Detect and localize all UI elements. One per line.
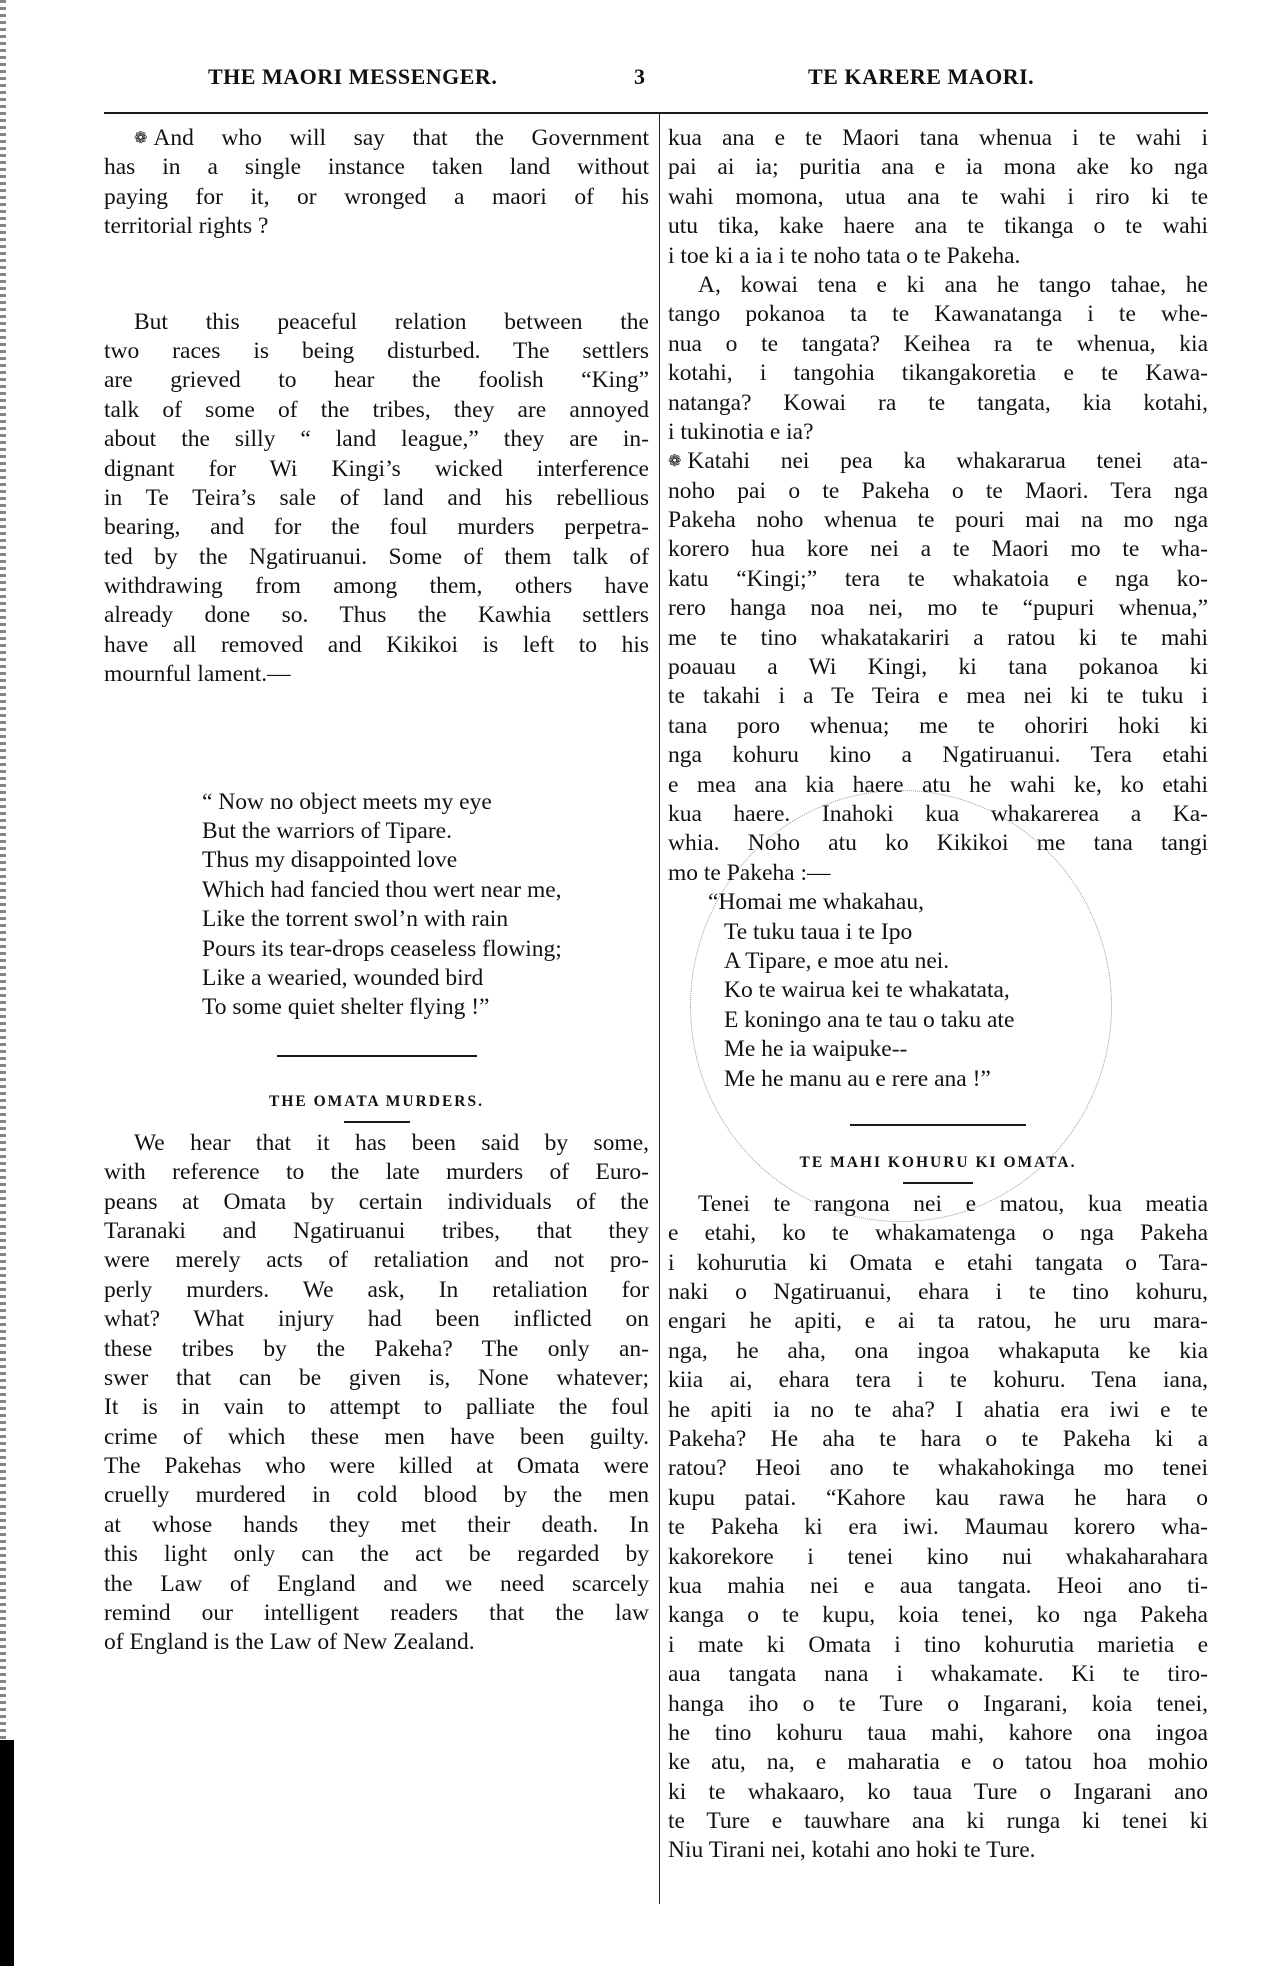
verse-line: But the warriors of Tipare. (202, 817, 649, 846)
column-divider (659, 114, 660, 1904)
text-line: dignant for Wi Kingi’s wicked interferen… (104, 455, 649, 484)
text-line: kua mahia nei e aua tangata. Heoi ano ti… (668, 1572, 1208, 1601)
masthead-maori-title: TE KARERE MAORI. (808, 64, 1034, 90)
verse-lament-maori: “Homai me whakahau, Te tuku taua i te Ip… (668, 888, 1208, 1094)
masthead-english-title: THE MAORI MESSENGER. (208, 64, 497, 90)
text-line: katu “Kingi;” tera te whakatoia e nga ko… (668, 565, 1208, 594)
text-line: kanga o te kupu, koia tenei, ko nga Pake… (668, 1601, 1208, 1630)
text-line: tana poro whenua; me te ohoriri hoki ki (668, 712, 1208, 741)
text-line: in Te Teira’s sale of land and his rebel… (104, 484, 649, 513)
text-line: these tribes by the Pakeha? The only an- (104, 1335, 649, 1364)
verse-line: To some quiet shelter flying !” (202, 993, 649, 1022)
text-line: poauau a Wi Kingi, ki tana pokanoa ki (668, 653, 1208, 682)
verse-line: Pours its tear-drops ceaseless flowing; (202, 935, 649, 964)
text-line: mo te Pakeha :— (668, 859, 1208, 888)
verse-lament-english: “ Now no object meets my eye But the war… (104, 788, 649, 1023)
verse-line: E koningo ana te tau o taku ate (708, 1006, 1208, 1035)
text-line: bearing, and for the foul murders perpet… (104, 513, 649, 542)
masthead: THE MAORI MESSENGER. 3 TE KARERE MAORI. (0, 64, 1280, 104)
text-line: ❁And who will say that the Government (104, 124, 649, 153)
text-line: he tino kohuru taua mahi, kahore ona ing… (668, 1719, 1208, 1748)
asterism-ornament-icon: ❁ (134, 130, 147, 147)
text-line: swer that can be given is, None whatever… (104, 1364, 649, 1393)
text-line: e etahi, ko te whakamatenga o nga Pakeha (668, 1219, 1208, 1248)
text-line: kupu patai. “Kahore kau rawa he hara o (668, 1484, 1208, 1513)
text-line: te takahi i a Te Teira e mea nei ki te t… (668, 682, 1208, 711)
text-line: te Ture e tauwhare ana ki runga ki tenei… (668, 1807, 1208, 1836)
text-line: ki te whakaaro, ko taua Ture o Ingarani … (668, 1778, 1208, 1807)
paragraph-peaceful-relation: But this peaceful relation between the t… (104, 308, 649, 690)
verse-line: Like the torrent swol’n with rain (202, 905, 649, 934)
text-line: at whose hands they met their death. In (104, 1511, 649, 1540)
paragraph-tenei-te-rangona: Tenei te rangona nei e matou, kua meatia… (668, 1190, 1208, 1866)
text-line: It is in vain to attempt to palliate the… (104, 1393, 649, 1422)
text-line: hanga iho o te Ture o Ingarani, koia ten… (668, 1690, 1208, 1719)
text-line: A, kowai tena e ki ana he tango tahae, h… (668, 271, 1208, 300)
text-line: me te tino whakatakariri a ratou ki te m… (668, 624, 1208, 653)
text-line: kua haere. Inahoki kua whakarerea a Ka- (668, 800, 1208, 829)
text-line: te Pakeha ki era iwi. Maumau korero wha- (668, 1513, 1208, 1542)
section-heading-omata-murders: THE OMATA MURDERS. (104, 1087, 649, 1117)
paragraph-omata-murders: We hear that it has been said by some, w… (104, 1129, 649, 1658)
text-line: i toe ki a ia i te noho tata o te Pakeha… (668, 242, 1208, 271)
text-line: talk of some of the tribes, they are ann… (104, 396, 649, 425)
scan-binding-shadow (0, 1740, 14, 1966)
text-line: this light only can the act be regarded … (104, 1540, 649, 1569)
text-line: whia. Noho atu ko Kikikoi me tana tangi (668, 829, 1208, 858)
page-number: 3 (634, 64, 646, 90)
text-line: the Law of England and we need scarcely (104, 1570, 649, 1599)
text-line: kiia ai, ehara tera i te kohuru. Tena ia… (668, 1366, 1208, 1395)
text-line: korero hua kore nei a te Maori mo te wha… (668, 535, 1208, 564)
text-line: ❁Katahi nei pea ka whakararua tenei ata- (668, 447, 1208, 476)
text-line: two races is being disturbed. The settle… (104, 337, 649, 366)
paragraph-whenua: kua ana e te Maori tana whenua i te wahi… (668, 124, 1208, 271)
asterism-ornament-icon: ❁ (668, 453, 681, 470)
verse-line: Which had fancied thou wert near me, (202, 876, 649, 905)
verse-line: Thus my disappointed love (202, 846, 649, 875)
text-line: rero hanga noa nei, mo te “pupuri whenua… (668, 594, 1208, 623)
text-line: Taranaki and Ngatiruanui tribes, that th… (104, 1217, 649, 1246)
text-line: ke atu, na, e maharatia e o tatou hoa mo… (668, 1748, 1208, 1777)
text-line: Tenei te rangona nei e matou, kua meatia (668, 1190, 1208, 1219)
text-line: has in a single instance taken land with… (104, 153, 649, 182)
text-line: kua ana e te Maori tana whenua i te wahi… (668, 124, 1208, 153)
text-line: kakorekore i tenei kino nui whakaharahar… (668, 1543, 1208, 1572)
english-column: ❁And who will say that the Government ha… (104, 124, 649, 1658)
text-line: i kohurutia ki Omata e etahi tangata o T… (668, 1249, 1208, 1278)
text-line: cruelly murdered in cold blood by the me… (104, 1481, 649, 1510)
verse-line: Me he ia waipuke-- (708, 1035, 1208, 1064)
verse-line: A Tipare, e moe atu nei. (708, 947, 1208, 976)
text-line: paying for it, or wronged a maori of his (104, 183, 649, 212)
verse-line: “Homai me whakahau, (708, 888, 1208, 917)
text-line: utu tika, kake haere ana te tikanga o te… (668, 212, 1208, 241)
text-line: what? What injury had been inflicted on (104, 1305, 649, 1334)
text-line: pai ai ia; puritia ana e ia mona ake ko … (668, 153, 1208, 182)
text-line: wahi momona, utua ana te wahi i riro ki … (668, 183, 1208, 212)
text-line: already done so. Thus the Kawhia settler… (104, 601, 649, 630)
text-line: Niu Tirani nei, kotahi ano hoki te Ture. (668, 1836, 1208, 1865)
text-line: nga, he aha, ona ingoa whakaputa ke kia (668, 1337, 1208, 1366)
text-line: kotahi, i tangohia tikangakoretia e te K… (668, 359, 1208, 388)
text-line: mournful lament.— (104, 660, 649, 689)
text-line: engari he apiti, e ai ta ratou, he uru m… (668, 1307, 1208, 1336)
text-line: territorial rights ? (104, 212, 649, 241)
text-line: have all removed and Kikikoi is left to … (104, 631, 649, 660)
text-line: withdrawing from among them, others have (104, 572, 649, 601)
text-line: crime of which these men have been guilt… (104, 1423, 649, 1452)
text-line: perly murders. We ask, In retaliation fo… (104, 1276, 649, 1305)
text-line: peans at Omata by certain individuals of… (104, 1188, 649, 1217)
verse-line: Like a wearied, wounded bird (202, 964, 649, 993)
text-line: We hear that it has been said by some, (104, 1129, 649, 1158)
masthead-rule (104, 112, 1208, 114)
paragraph-government-land: ❁And who will say that the Government ha… (104, 124, 649, 242)
scan-binding-edge (0, 0, 6, 1966)
text-line: ratou? Heoi ano te whakahokinga mo tenei (668, 1454, 1208, 1483)
text-line: of England is the Law of New Zealand. (104, 1628, 649, 1657)
text-line: e mea ana kia haere atu he wahi ke, ko e… (668, 771, 1208, 800)
text-line: The Pakehas who were killed at Omata wer… (104, 1452, 649, 1481)
text-line: aua tangata nana i whakamate. Ki te tiro… (668, 1660, 1208, 1689)
text-line: i mate ki Omata i tino kohurutia marieti… (668, 1631, 1208, 1660)
text-line: about the silly “ land league,” they are… (104, 425, 649, 454)
text-line: Pakeha noho whenua te pouri mai na mo ng… (668, 506, 1208, 535)
paragraph-katahi: ❁Katahi nei pea ka whakararua tenei ata-… (668, 447, 1208, 888)
verse-line: “ Now no object meets my eye (202, 788, 649, 817)
text-line: tango pokanoa ta te Kawanatanga i te whe… (668, 300, 1208, 329)
text-line: But this peaceful relation between the (104, 308, 649, 337)
text-line: Pakeha? He aha te hara o te Pakeha ki a (668, 1425, 1208, 1454)
text-line: were merely acts of retaliation and not … (104, 1246, 649, 1275)
text-line: with reference to the late murders of Eu… (104, 1158, 649, 1187)
text-line: nga kohuru kino a Ngatiruanui. Tera etah… (668, 741, 1208, 770)
verse-line: Te tuku taua i te Ipo (708, 918, 1208, 947)
maori-column: kua ana e te Maori tana whenua i te wahi… (668, 124, 1208, 1866)
text-line: are grieved to hear the foolish “King” (104, 366, 649, 395)
text-line: remind our intelligent readers that the … (104, 1599, 649, 1628)
paragraph-kowai: A, kowai tena e ki ana he tango tahae, h… (668, 271, 1208, 447)
text-line: nua o te tangata? Keihea ra te whenua, k… (668, 330, 1208, 359)
text-line: he apiti ia no te aha? I ahatia era iwi … (668, 1396, 1208, 1425)
verse-line: Ko te wairua kei te whakatata, (708, 976, 1208, 1005)
text-line: natanga? Kowai ra te tangata, kia kotahi… (668, 389, 1208, 418)
text-line: noho pai o te Pakeha o te Maori. Tera ng… (668, 477, 1208, 506)
text-line: ted by the Ngatiruanui. Some of them tal… (104, 543, 649, 572)
section-heading-te-mahi-kohuru: TE MAHI KOHURU KI OMATA. (668, 1148, 1208, 1178)
text-line: naki o Ngatiruanui, ehara i te tino kohu… (668, 1278, 1208, 1307)
verse-line: Me he manu au e rere ana !” (708, 1065, 1208, 1094)
text-line: i tukinotia e ia? (668, 418, 1208, 447)
